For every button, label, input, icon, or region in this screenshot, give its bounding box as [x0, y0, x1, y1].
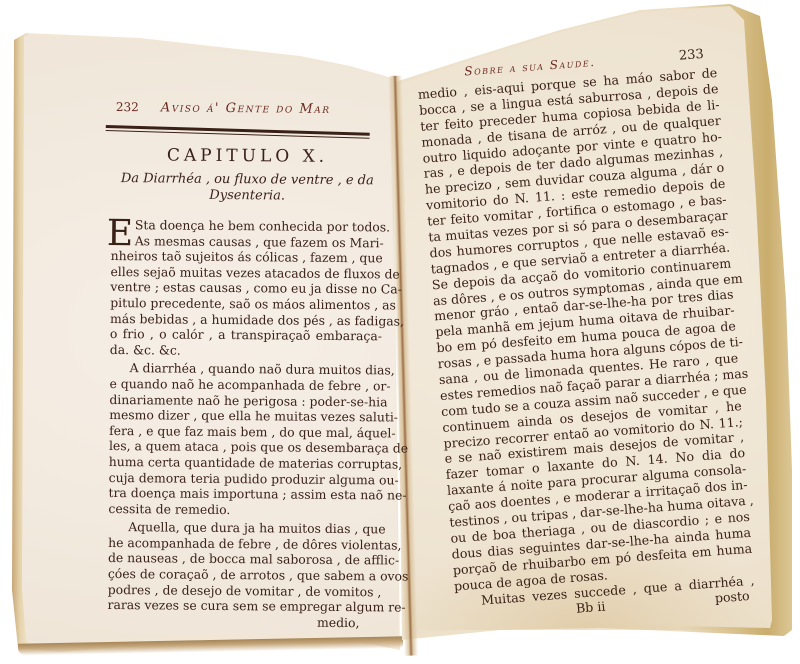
text-line: huma certa quantidade de materias corrup… — [109, 454, 381, 472]
left-page-number: 232 — [116, 100, 139, 114]
right-body-text: medio , eis-aqui porque se ha máo sabor … — [417, 65, 755, 610]
right-page-text: Sobre a sua Saude. 233 medio , eis-aqui … — [416, 46, 756, 626]
right-page-number: 233 — [678, 47, 704, 64]
text-line: pitulo precedente, saõ os máos alimentos… — [110, 295, 382, 313]
double-rule-divider — [106, 125, 370, 139]
catchword: medio, — [107, 613, 379, 631]
left-running-head: 232 Aviso á' Gente do Mar — [116, 100, 384, 117]
dropcap-initial: E — [107, 217, 134, 251]
text-line: Sta doença he bem conhecida por todos. — [111, 217, 383, 235]
chapter-subtitle-line-2: Dysenteria. — [111, 187, 383, 205]
chapter-subtitle-line-1: Da Diarrhéa , ou fluxo de ventre , e da — [111, 171, 383, 189]
text-line: çóes de coraçaõ , de arrotos , que sabem… — [108, 566, 380, 584]
text-line: cessita de remedio. — [108, 501, 380, 519]
left-running-title: Aviso á' Gente do Mar — [161, 100, 331, 116]
text-line: raras vezes se cura sem se empregar algu… — [108, 597, 380, 615]
catchword: posto — [714, 588, 750, 607]
chapter-subtitle: Da Diarrhéa , ou fluxo de ventre , e da … — [111, 171, 383, 205]
signature-mark: Bb ii — [575, 599, 605, 617]
text-line: da. &c. &c. — [110, 342, 382, 360]
left-body-text: E Sta doença he bem conhecida por todos.… — [107, 217, 383, 631]
open-book: 232 Aviso á' Gente do Mar CAPITULO X. Da… — [0, 0, 800, 664]
chapter-title: CAPITULO X. — [111, 145, 383, 167]
text-line: e quando naõ he acompanhada de febre , o… — [109, 376, 381, 394]
left-page-text: 232 Aviso á' Gente do Mar CAPITULO X. Da… — [107, 100, 384, 631]
